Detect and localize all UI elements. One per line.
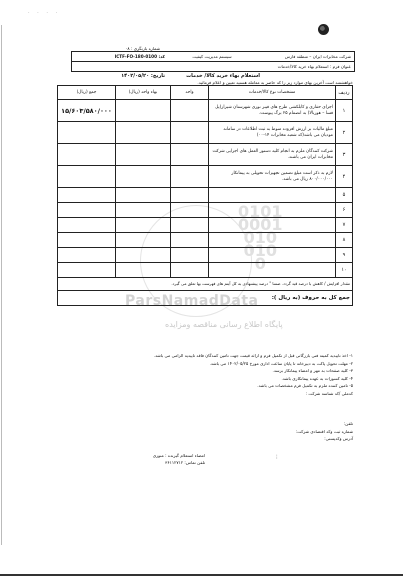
quality-system: سیستم مدیریت کیفیت: [172, 54, 252, 59]
row-description: شرکت کنندگان ملزم به انجام کلیه دستور ال…: [209, 144, 336, 166]
row-index: ۹: [336, 248, 353, 263]
row-unit: [171, 188, 209, 203]
row-description: اجرای حفاری و کابلکشی طرح های فیبر نوری …: [209, 100, 336, 122]
row-index: ۸: [336, 233, 353, 248]
row-description: [209, 263, 336, 278]
row-unit: [171, 203, 209, 218]
row-total: [58, 248, 116, 263]
row-total: [58, 233, 116, 248]
signer-name: امضاء استعلام گیرنده : منوری: [95, 452, 205, 459]
page-left-edge: [1, 25, 2, 545]
row-index: ۲: [336, 122, 353, 144]
row-unit: [171, 100, 209, 122]
row-description: [209, 233, 336, 248]
table-header-row: ردیف مشخصات نوع کالا/خدمات واحد بهاء واح…: [58, 86, 353, 100]
form-title: عنوان فرم : استعلام بهاء خرید کالا/خدمات: [278, 64, 351, 69]
row-index: ۱۰: [336, 263, 353, 278]
row-total: [58, 144, 116, 166]
company-name: شرکت مخابرات ایران – منطقه فارس: [285, 54, 351, 59]
table-row: ۱۰: [58, 263, 353, 278]
col-header-row: ردیف: [336, 86, 353, 100]
company-logo-icon: [318, 24, 329, 35]
row-total: [58, 188, 116, 203]
table-row: ۴ لازم به ذکر است مبلغ تضمین تجهیزات تحو…: [58, 166, 353, 188]
row-index: ۷: [336, 218, 353, 233]
company-id-field: کدملی /کد شناسه شرکت :: [53, 390, 353, 398]
row-description: مبلغ مالیات بر ارزش افزوده منوط به ثبت ا…: [209, 122, 336, 144]
form-header-box: شرکت مخابرات ایران – منطقه فارس سیستم مد…: [71, 51, 355, 72]
row-total: [58, 203, 116, 218]
row-unit: [171, 233, 209, 248]
form-header-row-1: شرکت مخابرات ایران – منطقه فارس سیستم مد…: [72, 52, 354, 62]
table-row: ۵: [58, 188, 353, 203]
table-row: ۶: [58, 203, 353, 218]
row-total: [58, 122, 116, 144]
row-total: [58, 263, 116, 278]
col-header-total: جمع (ریال): [58, 86, 116, 100]
row-description: [209, 188, 336, 203]
note-item: ۱- اخذ تاییدیه کمیته فنی بازرگانی قبل از…: [53, 352, 353, 360]
row-index: ۱: [336, 100, 353, 122]
items-table: ردیف مشخصات نوع کالا/خدمات واحد بهاء واح…: [57, 85, 353, 306]
row-unit-price: [116, 248, 171, 263]
row-description: [209, 218, 336, 233]
contact-phone: تلفن تماس: ۳۶۱۱۲۷۱۲: [95, 459, 205, 466]
total-in-words-label: جمع کل به حروف (به ریال ):: [58, 291, 353, 306]
watermark-site-text: پایگاه اطلاع رسانی مناقصه ومزایده: [165, 320, 283, 329]
scan-noise: · · · ·: [28, 10, 60, 16]
row-unit: [171, 166, 209, 188]
document-page: · · · · شماره بازنگری : ۰۸ شرکت مخابرات …: [0, 0, 403, 576]
table-row: ۱ اجرای حفاری و کابلکشی طرح های فیبر نور…: [58, 100, 353, 122]
row-total: [58, 218, 116, 233]
row-index: ۶: [336, 203, 353, 218]
row-unit: [171, 122, 209, 144]
table-row: ۳ شرکت کنندگان ملزم به انجام کلیه دستور …: [58, 144, 353, 166]
table-row: ۷: [58, 218, 353, 233]
row-unit-price: [116, 144, 171, 166]
row-unit-price: [116, 233, 171, 248]
notes-list: ۱- اخذ تاییدیه کمیته فنی بازرگانی قبل از…: [53, 352, 353, 398]
row-unit-price: [116, 203, 171, 218]
table-row: ۸: [58, 233, 353, 248]
phone-field: تلفن:: [153, 420, 353, 428]
note-item: ۲- مهلت تحویل پاکت به دبیرخانه تا پایان …: [53, 360, 353, 368]
row-unit: [171, 218, 209, 233]
vendor-fields: تلفن: شماره ثبت وکد اقتصادی شرکت: آدرس و…: [153, 420, 353, 443]
row-index: ۴: [336, 166, 353, 188]
form-header-row-2: عنوان فرم : استعلام بهاء خرید کالا/خدمات: [72, 62, 354, 71]
form-code: کد: ICTF-FO-180-0100: [75, 54, 165, 59]
adjustment-note-row: مقدار افزایش / کاهش با درصد قید گردد. ضم…: [58, 278, 353, 291]
row-index: ۳: [336, 144, 353, 166]
signature-block: امضاء استعلام گیرنده : منوری تلفن تماس: …: [95, 452, 205, 466]
row-unit-price: [116, 100, 171, 122]
row-unit-price: [116, 166, 171, 188]
address-field: آدرس وکدپستی:: [153, 435, 353, 443]
note-item: ۵- تامین کننده ملزم به تکمیل فرم مشخصات …: [53, 382, 353, 390]
row-unit-price: [116, 218, 171, 233]
adjustment-note: مقدار افزایش / کاهش با درصد قید گردد. ضم…: [58, 278, 353, 291]
scan-mark: ¦: [276, 454, 278, 460]
row-unit: [171, 248, 209, 263]
note-item: ۴- کلیه کسورات به عهده پیمانکاری باشد.: [53, 375, 353, 383]
row-total: ۱۵/۶۰۳/۵۸۰/۰۰۰: [58, 100, 116, 122]
row-unit-price: [116, 263, 171, 278]
row-total: [58, 166, 116, 188]
table-row: ۲ مبلغ مالیات بر ارزش افزوده منوط به ثبت…: [58, 122, 353, 144]
row-description: [209, 203, 336, 218]
row-unit-price: [116, 122, 171, 144]
document-title: استعلام بهاء خرید کالا/ خدمات: [160, 73, 260, 79]
total-in-words-row: جمع کل به حروف (به ریال ):: [58, 291, 353, 306]
note-item: ۳- کلیه صفحات به مهر و امضاء پیمانکار بر…: [53, 367, 353, 375]
row-index: ۵: [336, 188, 353, 203]
row-unit: [171, 144, 209, 166]
table-row: ۹: [58, 248, 353, 263]
row-description: [209, 248, 336, 263]
row-unit-price: [116, 188, 171, 203]
registration-field: شماره ثبت وکد اقتصادی شرکت:: [153, 428, 353, 436]
row-description: لازم به ذکر است مبلغ تضمین تجهیزات تحویل…: [209, 166, 336, 188]
col-header-description: مشخصات نوع کالا/خدمات: [209, 86, 336, 100]
col-header-unit-price: بهاء واحد (ریال): [116, 86, 171, 100]
document-date: تاریخ: ۱۴۰۲/۰۵/۲۰: [85, 73, 165, 79]
col-header-unit: واحد: [171, 86, 209, 100]
row-unit: [171, 263, 209, 278]
